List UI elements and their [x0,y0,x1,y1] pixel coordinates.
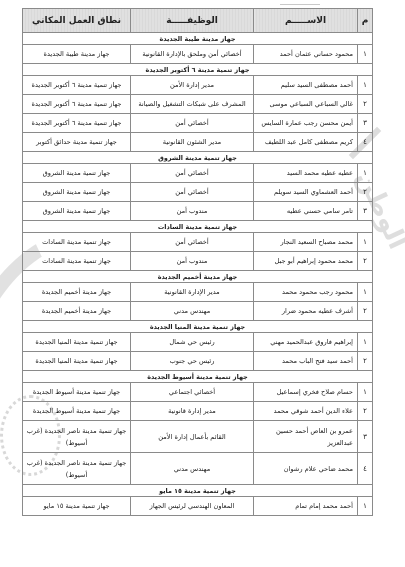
row-name: أحمد محمد إمام تمام [254,497,358,516]
section-title: جهاز تنمية مدينة أسيوط الجديدة [23,371,373,383]
section-row: جهاز تنمية مدينة المنيا الجديدة [23,321,373,333]
table-row: ٢ أحمد العشماوي السيد سويلم أخصائي أمن ج… [23,183,373,202]
row-name: محمد ضاحي علام رشوان [254,453,358,485]
section-row: جهاز تنمية مدينة ٦ أكتوبر الجديدة [23,64,373,76]
table-row: ١ أحمد مصطفى السيد سليم مدير إدارة الأمن… [23,76,373,95]
row-location: جهاز تنمية مدينة الشروق [23,164,131,183]
table-row: ٣ عمرو بن العاص أحمد حسين عبدالعزيز القا… [23,421,373,453]
section-row: جهاز تنمية مدينة ١٥ مايو [23,485,373,497]
section-title: جهاز تنمية مدينة السادات [23,221,373,233]
row-name: عطيه عطيه محمد السيد [254,164,358,183]
table-row: ١ أحمد محمد إمام تمام المعاون الهندسي لر… [23,497,373,516]
row-job: أخصائي أمن وملحق بالإدارة القانونية [131,45,254,64]
header-location: نطاق العمل المكاني [23,9,131,33]
row-name: محمود رجب محمود محمد [254,283,358,302]
employees-table: م الاســـــم الوظيفـــــة نطاق العمل الم… [22,8,373,516]
table-row: ١ إبراهيم فاروق عبدالحميد مهني رئيس حي ش… [23,333,373,352]
table-row: ١ عطيه عطيه محمد السيد أخصائي أمن جهاز ت… [23,164,373,183]
table-row: ٢ محمد محمود إبراهيم أبو جبل مندوب أمن ج… [23,252,373,271]
row-job: مندوب أمن [131,252,254,271]
row-number: ٤ [358,133,373,152]
row-location: جهاز مدينة أخميم الجديدة [23,302,131,321]
row-name: عمرو بن العاص أحمد حسين عبدالعزيز [254,421,358,453]
section-row: جهاز تنمية مدينة الشروق [23,152,373,164]
row-name: محمد مصباح السعيد النجار [254,233,358,252]
table-row: ١ محمد مصباح السعيد النجار أخصائي أمن جه… [23,233,373,252]
row-job: مدير إدارة الأمن [131,76,254,95]
row-location: جهاز مدينة طيبة الجديدة [23,45,131,64]
table-row: ٤ محمد ضاحي علام رشوان مهندس مدني جهاز ت… [23,453,373,485]
row-location: جهاز تنمية مدينة السادات [23,252,131,271]
row-name: أحمد مصطفى السيد سليم [254,76,358,95]
row-job: أخصائي أمن [131,114,254,133]
row-number: ٤ [358,453,373,485]
table-header-row: م الاســـــم الوظيفـــــة نطاق العمل الم… [23,9,373,33]
table-row: ١ محمود رجب محمود محمد مدير الإدارة القا… [23,283,373,302]
row-location: جهاز تنمية مدينة ٦ أكتوبر الجديدة [23,114,131,133]
row-job: مهندس مدني [131,302,254,321]
section-row: جهاز تنمية مدينة السادات [23,221,373,233]
header-number: م [358,9,373,33]
row-name: كريم مصطفى كامل عبد اللطيف [254,133,358,152]
row-number: ١ [358,164,373,183]
row-name: أشرف عطيه محمود ضرار [254,302,358,321]
header-job: الوظيفـــــة [131,9,254,33]
row-location: جهاز تنمية مدينة أسيوط الجديدة [23,402,131,421]
section-title: جهاز مدينة طيبة الجديدة [23,33,373,45]
row-name: إبراهيم فاروق عبدالحميد مهني [254,333,358,352]
row-job: أخصائي أمن [131,183,254,202]
row-number: ٢ [358,183,373,202]
row-location: جهاز تنمية مدينة ١٥ مايو [23,497,131,516]
row-location: جهاز تنمية مدينة أسيوط الجديدة [23,383,131,402]
row-number: ١ [358,45,373,64]
row-name: أيمن محسن رجب عمارة السايس [254,114,358,133]
row-number: ٣ [358,421,373,453]
section-row: جهاز مدينة أخميم الجديدة [23,271,373,283]
row-location: جهاز تنمية مدينة حدائق أكتوبر [23,133,131,152]
row-location: جهاز تنمية مدينة ناصر الجديدة (غرب أسيوط… [23,453,131,485]
row-number: ١ [358,497,373,516]
scan-artifact [280,4,320,5]
section-title: جهاز تنمية مدينة ٦ أكتوبر الجديدة [23,64,373,76]
row-number: ٣ [358,202,373,221]
row-job: أخصائي اجتماعي [131,383,254,402]
row-job: المعاون الهندسي لرئيس الجهاز [131,497,254,516]
section-title: جهاز مدينة أخميم الجديدة [23,271,373,283]
row-number: ٣ [358,114,373,133]
section-row: جهاز مدينة طيبة الجديدة [23,33,373,45]
section-title: جهاز تنمية مدينة الشروق [23,152,373,164]
row-job: مندوب أمن [131,202,254,221]
section-row: جهاز تنمية مدينة أسيوط الجديدة [23,371,373,383]
section-title: جهاز تنمية مدينة المنيا الجديدة [23,321,373,333]
row-number: ١ [358,283,373,302]
row-location: جهاز تنمية مدينة المنيا الجديدة [23,352,131,371]
table-row: ١ محمود حساني عثمان أحمد أخصائي أمن وملح… [23,45,373,64]
row-name: محمود حساني عثمان أحمد [254,45,358,64]
table-row: ٢ علاء الدين أحمد شوقي محمد مدير إدارة ق… [23,402,373,421]
row-number: ١ [358,76,373,95]
table-row: ٢ أحمد سيد فتح الباب محمد رئيس حي جنوب ج… [23,352,373,371]
row-location: جهاز تنمية مدينة ٦ أكتوبر الجديدة [23,95,131,114]
row-location: جهاز تنمية مدينة المنيا الجديدة [23,333,131,352]
row-job: أخصائي أمن [131,164,254,183]
row-location: جهاز تنمية مدينة السادات [23,233,131,252]
table-row: ١ حسام صلاح فخري إسماعيل أخصائي اجتماعي … [23,383,373,402]
row-name: علاء الدين أحمد شوقي محمد [254,402,358,421]
row-job: مهندس مدني [131,453,254,485]
row-location: جهاز تنمية مدينة الشروق [23,202,131,221]
row-location: جهاز تنمية مدينة الشروق [23,183,131,202]
table-row: ٣ أيمن محسن رجب عمارة السايس أخصائي أمن … [23,114,373,133]
row-job: المشرف على شبكات التشغيل والصيانة [131,95,254,114]
row-location: جهاز تنمية مدينة ناصر الجديدة (غرب أسيوط… [23,421,131,453]
row-number: ٢ [358,302,373,321]
header-name: الاســـــم [254,9,358,33]
row-job: مدير إدارة قانونية [131,402,254,421]
row-job: رئيس حي شمال [131,333,254,352]
row-job: القائم بأعمال إدارة الأمن [131,421,254,453]
row-number: ٢ [358,352,373,371]
row-name: محمد محمود إبراهيم أبو جبل [254,252,358,271]
row-name: تامر سامي حسني عطيه [254,202,358,221]
row-name: حسام صلاح فخري إسماعيل [254,383,358,402]
row-name: أحمد العشماوي السيد سويلم [254,183,358,202]
table-row: ٢ أشرف عطيه محمود ضرار مهندس مدني جهاز م… [23,302,373,321]
row-name: أحمد سيد فتح الباب محمد [254,352,358,371]
row-name: غالي السباعي السباعي موسى [254,95,358,114]
row-location: جهاز مدينة أخميم الجديدة [23,283,131,302]
row-job: مدير الإدارة القانونية [131,283,254,302]
row-number: ٢ [358,252,373,271]
row-job: مدير الشئون القانونية [131,133,254,152]
row-number: ٢ [358,95,373,114]
row-number: ١ [358,233,373,252]
row-location: جهاز تنمية مدينة ٦ أكتوبر الجديدة [23,76,131,95]
section-title: جهاز تنمية مدينة ١٥ مايو [23,485,373,497]
row-number: ١ [358,383,373,402]
row-job: أخصائي أمن [131,233,254,252]
row-number: ١ [358,333,373,352]
table-row: ٣ تامر سامي حسني عطيه مندوب أمن جهاز تنم… [23,202,373,221]
table-row: ٢ غالي السباعي السباعي موسى المشرف على ش… [23,95,373,114]
table-row: ٤ كريم مصطفى كامل عبد اللطيف مدير الشئون… [23,133,373,152]
row-job: رئيس حي جنوب [131,352,254,371]
row-number: ٢ [358,402,373,421]
